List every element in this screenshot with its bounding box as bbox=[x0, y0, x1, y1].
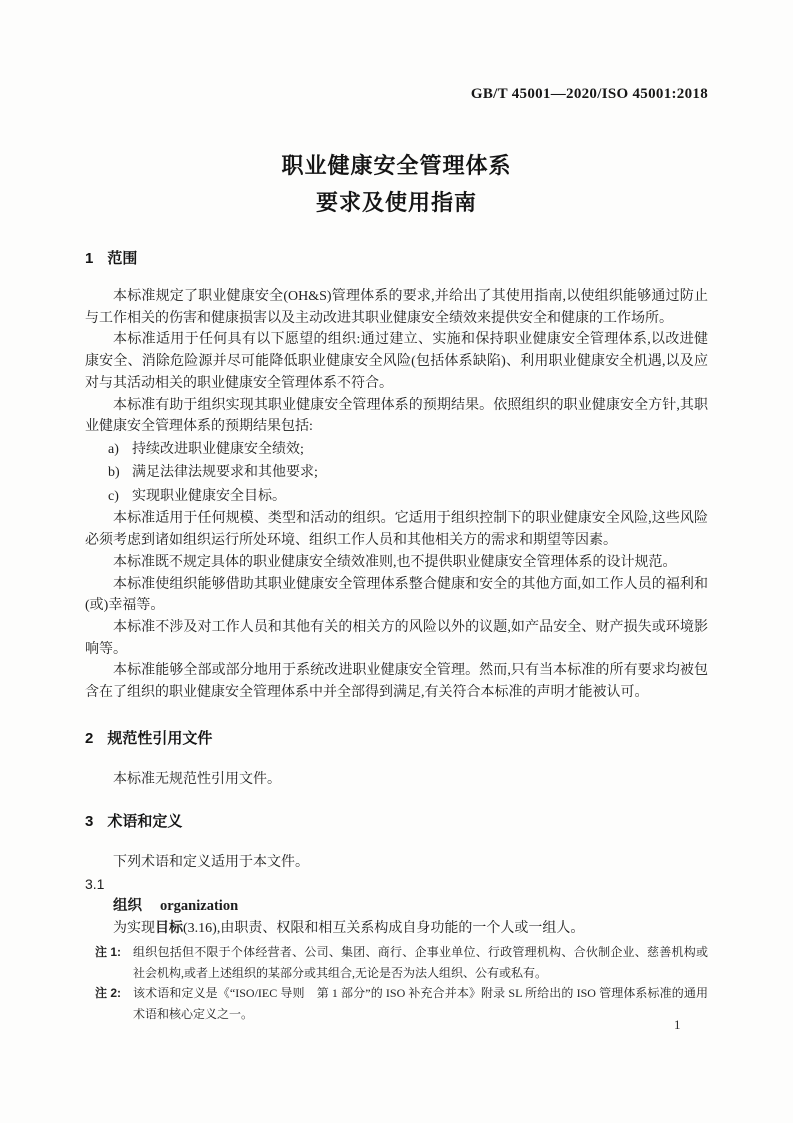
section-2-number: 2 bbox=[85, 729, 93, 749]
section-3-title: 术语和定义 bbox=[107, 813, 182, 830]
term-english: organization bbox=[160, 898, 238, 914]
standard-number: GB/T 45001—2020/ISO 45001:2018 bbox=[471, 86, 708, 103]
term-definition-bold-ref: 目标 bbox=[155, 921, 183, 936]
section-1-title: 范围 bbox=[107, 250, 137, 267]
scope-paragraph-8: 本标准能够全部或部分地用于系统改进职业健康安全管理。然而,只有当本标准的所有要求… bbox=[85, 660, 708, 703]
list-item-text: 持续改进职业健康安全绩效; bbox=[132, 442, 304, 457]
section-3-number: 3 bbox=[85, 812, 93, 832]
normative-references-paragraph: 本标准无规范性引用文件。 bbox=[85, 769, 708, 791]
section-1-number: 1 bbox=[85, 249, 93, 269]
section-2-heading: 2规范性引用文件 bbox=[85, 729, 708, 749]
scope-paragraph-7: 本标准不涉及对工作人员和其他有关的相关方的风险以外的议题,如产品安全、财产损失或… bbox=[85, 617, 708, 660]
term-entry-number: 3.1 bbox=[85, 874, 708, 896]
list-item-label: b) bbox=[108, 461, 120, 485]
document-title-line2: 要求及使用指南 bbox=[0, 184, 793, 221]
scope-paragraph-4: 本标准适用于任何规模、类型和活动的组织。它适用于组织控制下的职业健康安全风险,这… bbox=[85, 508, 708, 551]
note-2-text: 该术语和定义是《“ISO/IEC 导则 第 1 部分”的 ISO 补充合并本》附… bbox=[133, 986, 708, 1021]
list-item: a) 持续改进职业健康安全绩效; bbox=[85, 438, 708, 462]
term-definition: 为实现目标(3.16),由职责、权限和相互关系构成自身功能的一个人或一组人。 bbox=[85, 918, 708, 940]
scope-paragraph-5: 本标准既不规定具体的职业健康安全绩效准则,也不提供职业健康安全管理体系的设计规范… bbox=[85, 552, 708, 574]
note-1-label: 注 1: bbox=[95, 942, 121, 963]
term-definition-prefix: 为实现 bbox=[113, 921, 155, 936]
list-item: b) 满足法律法规要求和其他要求; bbox=[85, 461, 708, 485]
list-item-label: a) bbox=[108, 438, 119, 462]
document-title-line1: 职业健康安全管理体系 bbox=[0, 147, 793, 184]
page-number: 1 bbox=[674, 1017, 681, 1033]
term-note-2: 注 2: 该术语和定义是《“ISO/IEC 导则 第 1 部分”的 ISO 补充… bbox=[85, 983, 708, 1024]
note-2-label: 注 2: bbox=[95, 983, 121, 1004]
scope-paragraph-1: 本标准规定了职业健康安全(OH&S)管理体系的要求,并给出了其使用指南,以使组织… bbox=[85, 286, 708, 329]
note-1-text: 组织包括但不限于个体经营者、公司、集团、商行、企事业单位、行政管理机构、合伙制企… bbox=[133, 945, 708, 980]
document-body: 1范围 本标准规定了职业健康安全(OH&S)管理体系的要求,并给出了其使用指南,… bbox=[85, 243, 708, 1024]
section-3-heading: 3术语和定义 bbox=[85, 812, 708, 832]
document-page: GB/T 45001—2020/ISO 45001:2018 职业健康安全管理体… bbox=[0, 0, 793, 1123]
term-chinese: 组织 bbox=[113, 898, 142, 914]
list-item: c) 实现职业健康安全目标。 bbox=[85, 485, 708, 509]
section-2-title: 规范性引用文件 bbox=[107, 730, 212, 747]
intended-outcomes-list: a) 持续改进职业健康安全绩效; b) 满足法律法规要求和其他要求; c) 实现… bbox=[85, 438, 708, 509]
list-item-text: 实现职业健康安全目标。 bbox=[132, 489, 286, 504]
scope-paragraph-2: 本标准适用于任何具有以下愿望的组织:通过建立、实施和保持职业健康安全管理体系,以… bbox=[85, 329, 708, 394]
scope-paragraph-6: 本标准使组织能够借助其职业健康安全管理体系整合健康和安全的其他方面,如工作人员的… bbox=[85, 574, 708, 617]
document-title: 职业健康安全管理体系 要求及使用指南 bbox=[0, 147, 793, 221]
scope-paragraph-3: 本标准有助于组织实现其职业健康安全管理体系的预期结果。依照组织的职业健康安全方针… bbox=[85, 395, 708, 438]
list-item-label: c) bbox=[108, 485, 119, 509]
term-definition-suffix: (3.16),由职责、权限和相互关系构成自身功能的一个人或一组人。 bbox=[183, 921, 584, 936]
terms-intro: 下列术语和定义适用于本文件。 bbox=[85, 852, 708, 874]
term-entry-title: 组织organization bbox=[85, 896, 708, 918]
list-item-text: 满足法律法规要求和其他要求; bbox=[132, 465, 318, 480]
section-1-heading: 1范围 bbox=[85, 249, 708, 269]
term-note-1: 注 1: 组织包括但不限于个体经营者、公司、集团、商行、企事业单位、行政管理机构… bbox=[85, 942, 708, 983]
